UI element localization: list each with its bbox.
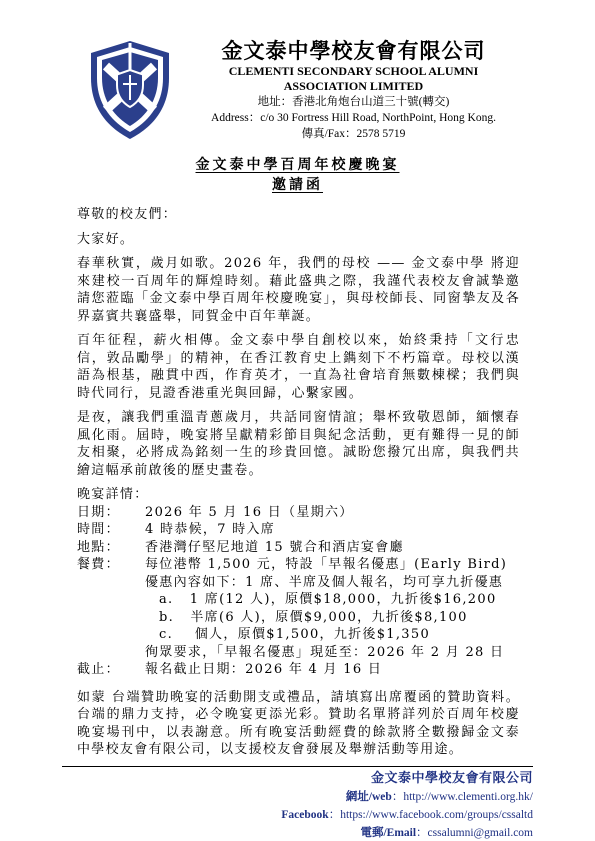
separator: ： [392,791,404,803]
detail-label: 地點： [77,539,145,557]
footer-email-line: 電郵/Email：cssalumni@gmail.com [62,824,533,841]
fee-note: 優惠內容如下：1 席、半席及個人報名，均可享九折優惠 [145,574,520,592]
paragraph-sponsorship: 如蒙 台端贊助晚宴的活動開支或禮品，請填寫出席覆函的贊助資料。 台端的鼎力支持，… [77,689,520,759]
detail-value: 每位港幣 1,500 元，特設「早報名優惠」(Early Bird) [145,556,520,574]
footer: 金文泰中學校友會有限公司 網址/web：http://www.clementi.… [62,770,533,841]
paragraph-evening: 是夜，讓我們重溫青蔥歲月，共話同窗情誼；舉杯致敬恩師，緬懷春風化雨。屆時，晚宴將… [77,409,520,479]
detail-row-fee: 餐費： 每位港幣 1,500 元，特設「早報名優惠」(Early Bird) [77,556,520,574]
fee-note-row: 優惠內容如下：1 席、半席及個人報名，均可享九折優惠 [77,574,520,592]
org-name-english-line2: ASSOCIATION LIMITED [174,79,533,94]
details-heading: 晚宴詳情： [77,486,520,504]
footer-website-line: 網址/web：http://www.clementi.org.hk/ [62,788,533,806]
greeting: 大家好。 [77,231,520,249]
fee-option-c-row: c. 個人，原價$1,500，九折後$1,350 [77,626,520,644]
invitation-letter-page: 金文泰中學校友會有限公司 CLEMENTI SECONDARY SCHOOL A… [0,0,595,841]
letter-body: 尊敬的校友們： 大家好。 春華秋實，歲月如歌。2026 年，我們的母校 —— 金… [62,206,533,759]
letter-title-line2: 邀請函 [272,177,323,193]
footer-org-name: 金文泰中學校友會有限公司 [62,770,533,788]
footer-facebook-line: Facebook：https://www.facebook.com/groups… [62,806,533,824]
facebook-url: https://www.facebook.com/groups/cssaltd [340,809,533,821]
early-bird-extension-row: 徇眾要求，「早報名優惠」現延至：2026 年 2 月 28 日 [77,644,520,662]
paragraph-history: 百年征程，薪火相傳。金文泰中學自創校以來，始終秉持「文行忠信，敦品勵學」的精神，… [77,332,520,402]
address-chinese: 地址：香港北角炮台山道三十號(轉交) [174,94,533,110]
detail-label: 截止： [77,661,145,679]
detail-row-date: 日期： 2026 年 5 月 16 日（星期六） [77,504,520,522]
email-address: cssalumni@gmail.com [428,827,533,839]
detail-value: 2026 年 5 月 16 日（星期六） [145,504,520,522]
footer-divider [62,766,533,767]
detail-label: 時間： [77,521,145,539]
detail-row-venue: 地點： 香港灣仔堅尼地道 15 號合和酒店宴會廳 [77,539,520,557]
school-crest-logo [85,40,175,140]
letterhead: 金文泰中學校友會有限公司 CLEMENTI SECONDARY SCHOOL A… [62,38,533,142]
early-bird-extension: 徇眾要求，「早報名優惠」現延至：2026 年 2 月 28 日 [145,644,520,662]
letter-title: 金文泰中學百周年校慶晚宴 邀請函 [62,155,533,195]
detail-label: 餐費： [77,556,145,574]
detail-row-deadline: 截止： 報名截止日期：2026 年 4 月 16 日 [77,661,520,679]
paragraph-intro: 春華秋實，歲月如歌。2026 年，我們的母校 —— 金文泰中學 將迎來建校一百周… [77,255,520,325]
address-english: Address：c/o 30 Fortress Hill Road, North… [174,110,533,126]
fee-option-b-row: b. 半席(6 人)，原價$9,000，九折後$8,100 [77,609,520,627]
detail-value: 4 時恭候，7 時入席 [145,521,520,539]
shield-crest-icon [85,40,175,140]
fee-option-c: c. 個人，原價$1,500，九折後$1,350 [145,626,520,644]
dinner-details: 晚宴詳情： 日期： 2026 年 5 月 16 日（星期六） 時間： 4 時恭候… [77,486,520,679]
detail-value: 報名截止日期：2026 年 4 月 16 日 [145,661,520,679]
fee-option-a-row: a. 1 席(12 人)，原價$18,000，九折後$16,200 [77,591,520,609]
email-label: 電郵/Email [360,827,416,839]
fee-option-b: b. 半席(6 人)，原價$9,000，九折後$8,100 [145,609,520,627]
detail-value: 香港灣仔堅尼地道 15 號合和酒店宴會廳 [145,539,520,557]
org-name-english-line1: CLEMENTI SECONDARY SCHOOL ALUMNI [174,64,533,79]
fax-number: 傳真/Fax：2578 5719 [174,126,533,142]
detail-label: 日期： [77,504,145,522]
website-url: http://www.clementi.org.hk/ [403,791,533,803]
letter-title-line1: 金文泰中學百周年校慶晚宴 [196,157,400,173]
org-name-chinese: 金文泰中學校友會有限公司 [174,38,533,64]
separator: ： [416,827,428,839]
salutation: 尊敬的校友們： [77,206,520,224]
website-label: 網址/web [346,791,392,803]
facebook-label: Facebook [281,809,328,821]
separator: ： [329,809,341,821]
detail-row-time: 時間： 4 時恭候，7 時入席 [77,521,520,539]
fee-option-a: a. 1 席(12 人)，原價$18,000，九折後$16,200 [145,591,520,609]
